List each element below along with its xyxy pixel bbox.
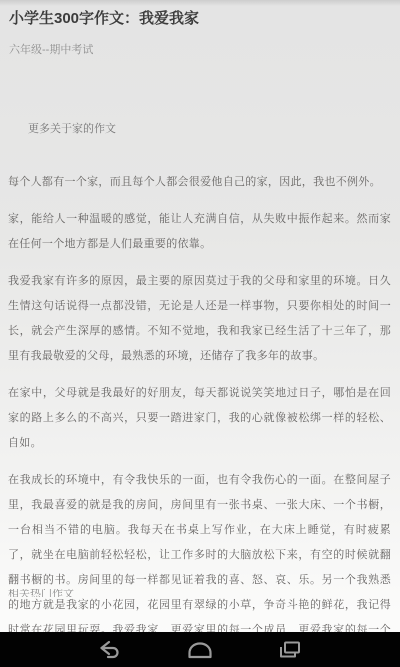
- essay-paragraph: 家，能给人一种温暖的感觉，能让人充满自信，从失败中振作起来。然而家在任何一个地方…: [8, 207, 391, 257]
- essay-paragraph: 每个人都有一个家，而且每个人都会很爱他自己的家，因此，我也不例外。: [8, 170, 391, 195]
- home-button[interactable]: [187, 639, 213, 661]
- recents-button[interactable]: [277, 639, 303, 661]
- related-section-title-clipped: 相关热门作文: [8, 589, 208, 597]
- essay-paragraph: 在家中，父母就是我最好的好朋友，每天都说说笑笑地过日子，哪怕是在回家的路上多么的…: [8, 381, 391, 456]
- home-icon: [187, 640, 213, 660]
- back-icon: [98, 640, 122, 660]
- essay-paragraph: 在我成长的环境中，有令我快乐的一面，也有令我伤心的一面。在整间屋子里，我最喜爱的…: [8, 468, 391, 632]
- essay-header: 小学生300字作文：我爱我家 六年级--期中考试: [0, 0, 400, 57]
- recents-icon: [278, 640, 302, 660]
- page-subtitle: 六年级--期中考试: [9, 41, 390, 57]
- back-button[interactable]: [97, 639, 123, 661]
- page-title: 小学生300字作文：我爱我家: [9, 9, 390, 29]
- essay-body: 每个人都有一个家，而且每个人都会很爱他自己的家，因此，我也不例外。 家，能给人一…: [0, 170, 400, 632]
- essay-paragraph: 我爱我家有许多的原因，最主要的原因莫过于我的父母和家里的环境。日久生情这句话说得…: [8, 269, 391, 369]
- android-navigation-bar: [0, 632, 400, 667]
- more-essays-link[interactable]: 更多关于家的作文: [28, 123, 116, 135]
- essay-page: 小学生300字作文：我爱我家 六年级--期中考试 更多关于家的作文 每个人都有一…: [0, 0, 400, 632]
- related-link-row: 更多关于家的作文: [0, 119, 400, 137]
- app-screen: 小学生300字作文：我爱我家 六年级--期中考试 更多关于家的作文 每个人都有一…: [0, 0, 400, 667]
